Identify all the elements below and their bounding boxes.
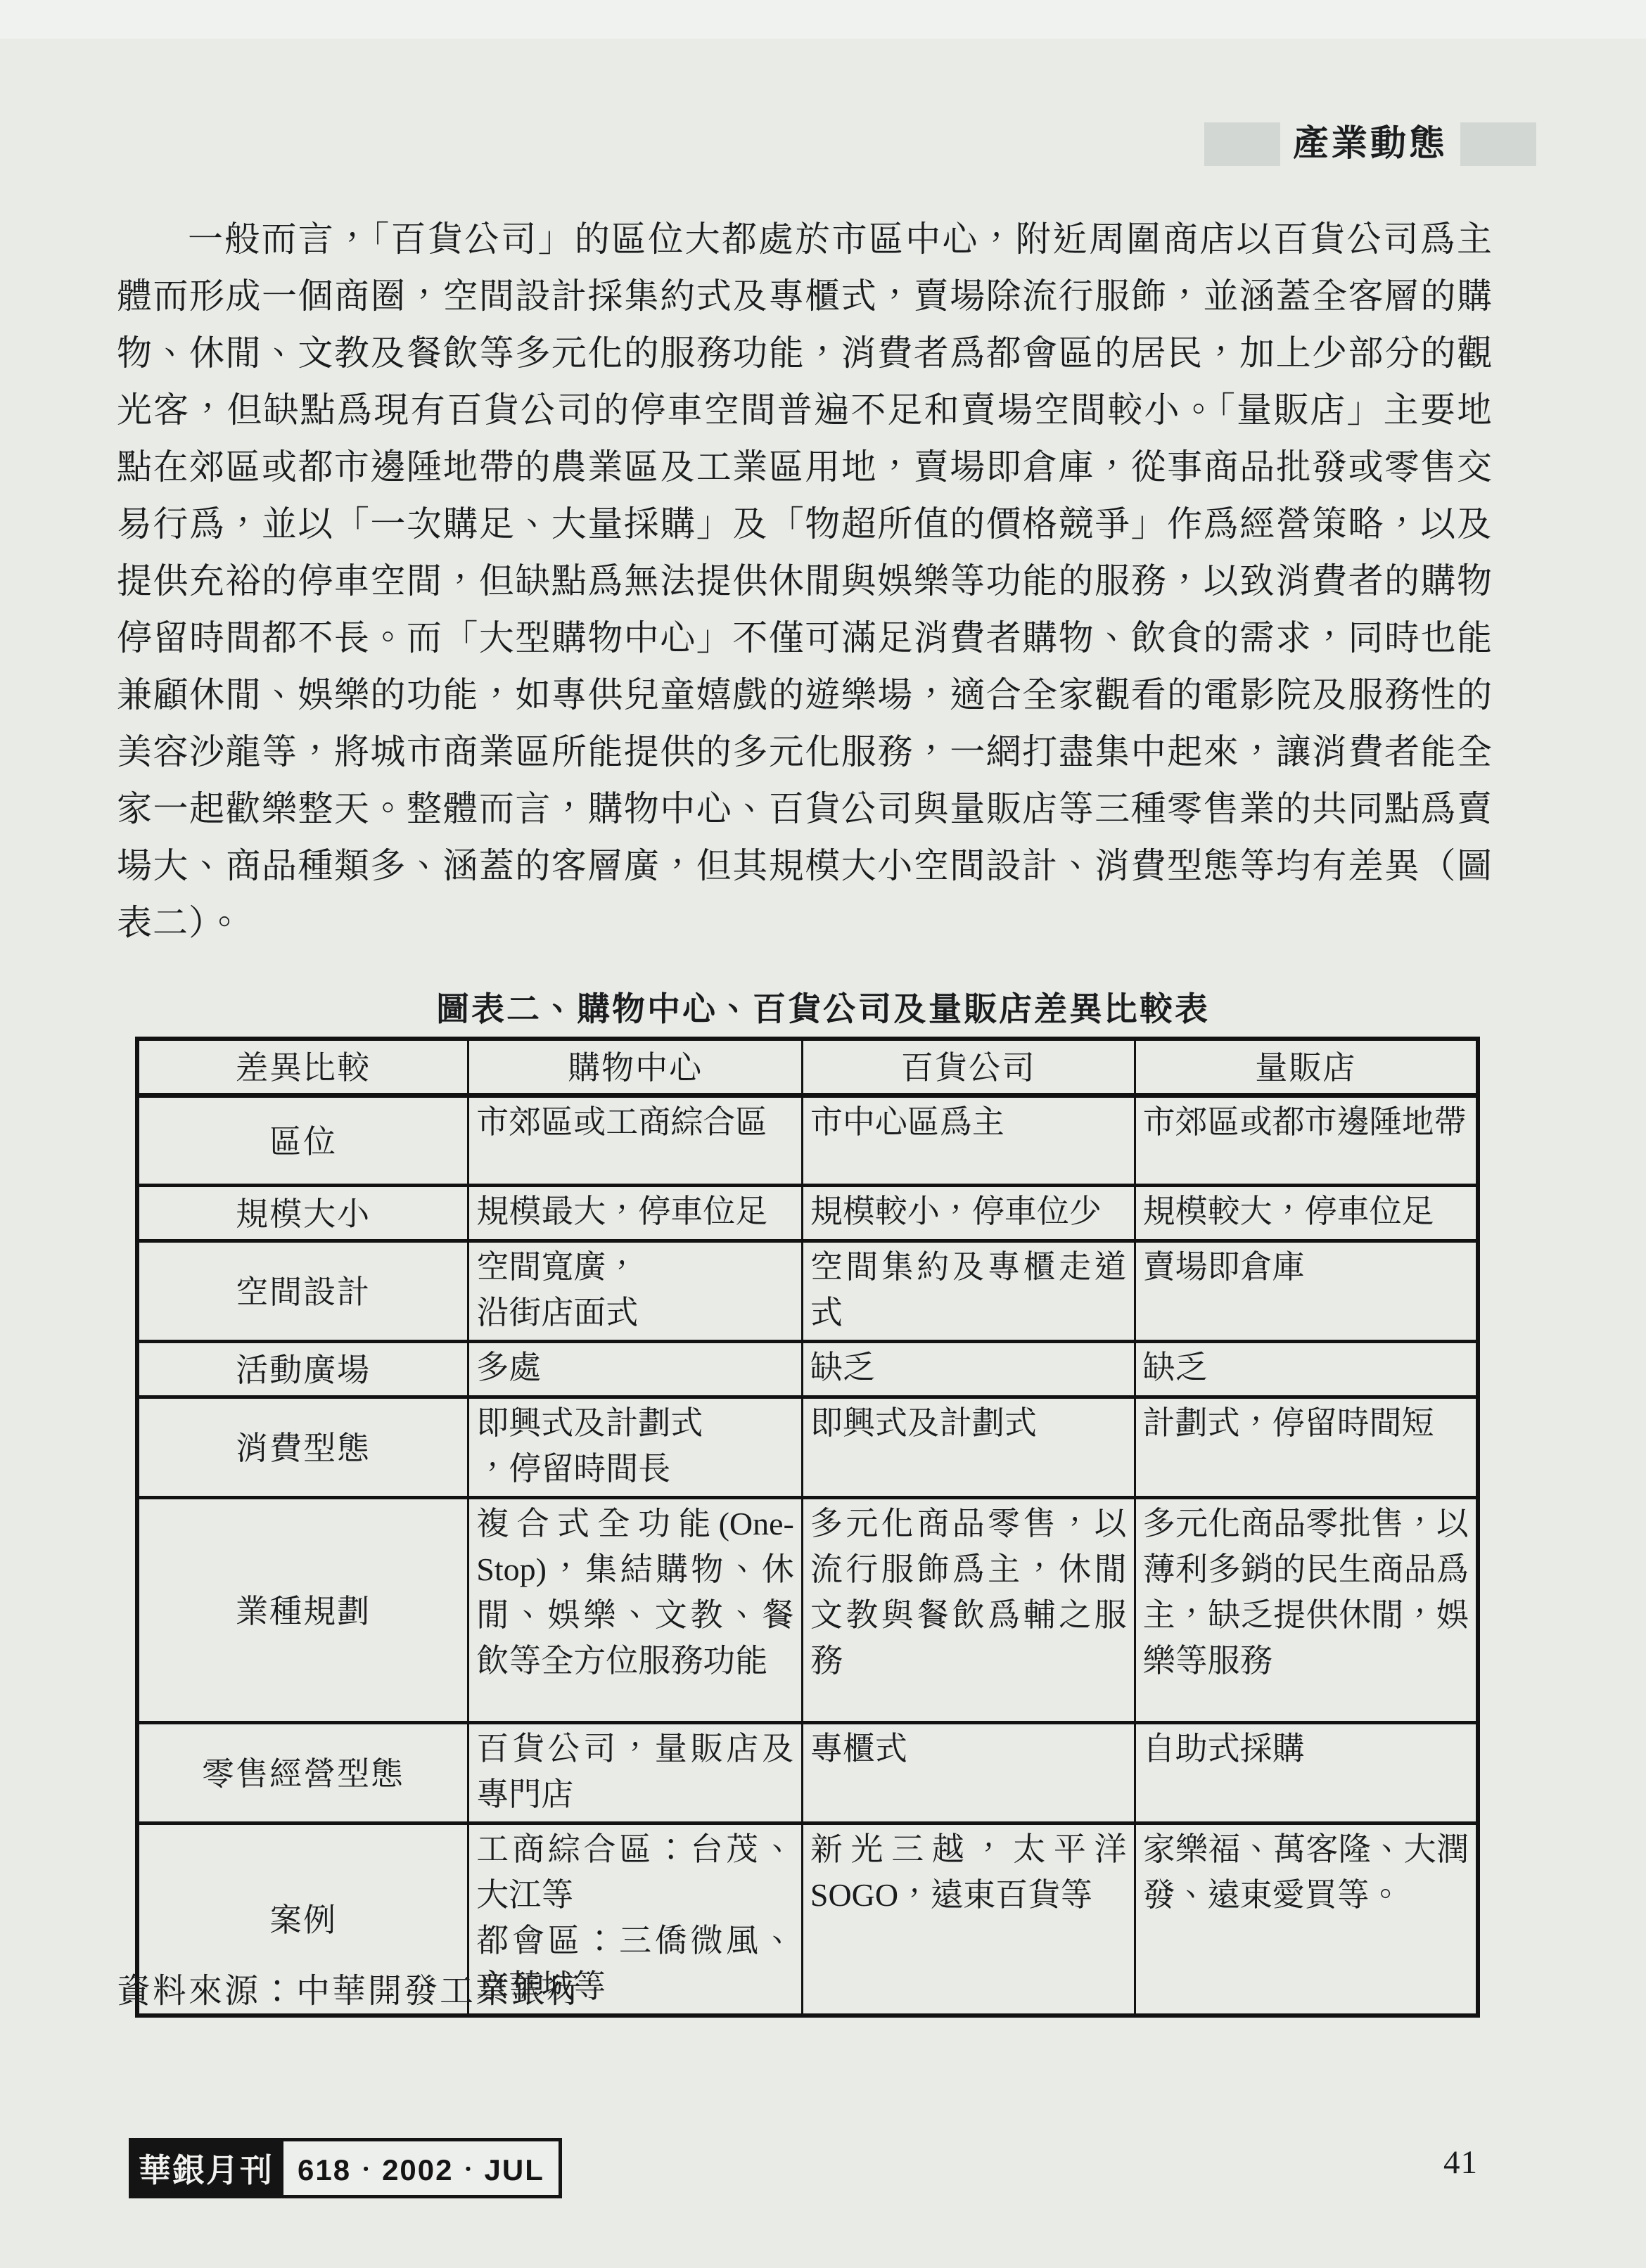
table-cell: 即興式及計劃式 ，停留時間長 [468, 1397, 803, 1498]
table-cell: 計劃式，停留時間短 [1135, 1397, 1478, 1498]
table-cell: 空間集約及專櫃走道式 [802, 1241, 1135, 1342]
table-row: 業種規劃複合式全功能(One-Stop)，集結購物、休閒、娛樂、文教、餐飲等全方… [137, 1498, 1478, 1723]
row-label: 區位 [137, 1096, 468, 1186]
table-row: 零售經營型態百貨公司，量販店及專門店專櫃式自助式採購 [137, 1723, 1478, 1824]
table-row: 區位市郊區或工商綜合區市中心區爲主市郊區或都市邊陲地帶 [137, 1096, 1478, 1186]
table-cell: 新光三越，太平洋SOGO，遠東百貨等 [802, 1824, 1135, 2016]
table-cell: 百貨公司，量販店及專門店 [468, 1723, 803, 1824]
table-title: 圖表二、購物中心、百貨公司及量販店差異比較表 [0, 983, 1646, 1030]
body-paragraph: 一般而言，「百貨公司」的區位大都處於市區中心，附近周圍商店以百貨公司爲主體而形成… [117, 211, 1493, 952]
table-cell: 多元化商品零售，以流行服飾爲主，休閒文教與餐飲爲輔之服務 [802, 1498, 1135, 1723]
header-highlight-left [1204, 122, 1280, 166]
row-label: 空間設計 [137, 1241, 468, 1342]
table-cell: 多元化商品零批售，以薄利多銷的民生商品爲主，缺乏提供休閒，娛樂等服務 [1135, 1498, 1478, 1723]
table-cell: 規模較大，停車位足 [1135, 1186, 1478, 1241]
table-cell: 賣場即倉庫 [1135, 1241, 1478, 1342]
column-header: 量販店 [1135, 1039, 1478, 1096]
table-row: 規模大小規模最大，停車位足規模較小，停車位少規模較大，停車位足 [137, 1186, 1478, 1241]
table-cell: 多處 [468, 1342, 803, 1397]
table-cell: 缺乏 [802, 1342, 1135, 1397]
source-note: 資料來源：中華開發工業銀行 [117, 1963, 583, 2012]
page-number: 41 [1443, 2144, 1478, 2181]
table-cell: 缺乏 [1135, 1342, 1478, 1397]
table-cell: 複合式全功能(One-Stop)，集結購物、休閒、娛樂、文教、餐飲等全方位服務功… [468, 1498, 803, 1723]
comparison-table: 差異比較購物中心百貨公司量販店 區位市郊區或工商綜合區市中心區爲主市郊區或都市邊… [135, 1037, 1480, 2018]
column-header: 差異比較 [137, 1039, 468, 1096]
scanned-document-page: 產業動態 一般而言，「百貨公司」的區位大都處於市區中心，附近周圍商店以百貨公司爲… [0, 0, 1646, 2268]
journal-issue: 618．2002．JUL [283, 2138, 562, 2198]
table-cell: 市中心區爲主 [802, 1096, 1135, 1186]
table-cell: 規模最大，停車位足 [468, 1186, 803, 1241]
table-row: 活動廣場多處缺乏缺乏 [137, 1342, 1478, 1397]
row-label: 消費型態 [137, 1397, 468, 1498]
table-cell: 空間寬廣， 沿街店面式 [468, 1241, 803, 1342]
section-title: 產業動態 [1293, 118, 1448, 170]
table-cell: 專櫃式 [802, 1723, 1135, 1824]
row-label: 活動廣場 [137, 1342, 468, 1397]
journal-badge: 華銀月刊 618．2002．JUL [129, 2138, 562, 2198]
header-highlight-right [1460, 122, 1536, 166]
table-cell: 家樂福、萬客隆、大潤發、遠東愛買等。 [1135, 1824, 1478, 2016]
table-cell: 即興式及計劃式 [802, 1397, 1135, 1498]
row-label: 零售經營型態 [137, 1723, 468, 1824]
table-cell: 規模較小，停車位少 [802, 1186, 1135, 1241]
table-cell: 自助式採購 [1135, 1723, 1478, 1824]
table-header-row: 差異比較購物中心百貨公司量販店 [137, 1039, 1478, 1096]
column-header: 購物中心 [468, 1039, 803, 1096]
table-row: 消費型態即興式及計劃式 ，停留時間長即興式及計劃式計劃式，停留時間短 [137, 1397, 1478, 1498]
section-header: 產業動態 [1204, 118, 1536, 170]
row-label: 規模大小 [137, 1186, 468, 1241]
table-cell: 市郊區或都市邊陲地帶 [1135, 1096, 1478, 1186]
table-cell: 市郊區或工商綜合區 [468, 1096, 803, 1186]
table-row: 空間設計空間寬廣， 沿街店面式空間集約及專櫃走道式賣場即倉庫 [137, 1241, 1478, 1342]
row-label: 業種規劃 [137, 1498, 468, 1723]
journal-name: 華銀月刊 [129, 2138, 283, 2198]
column-header: 百貨公司 [802, 1039, 1135, 1096]
